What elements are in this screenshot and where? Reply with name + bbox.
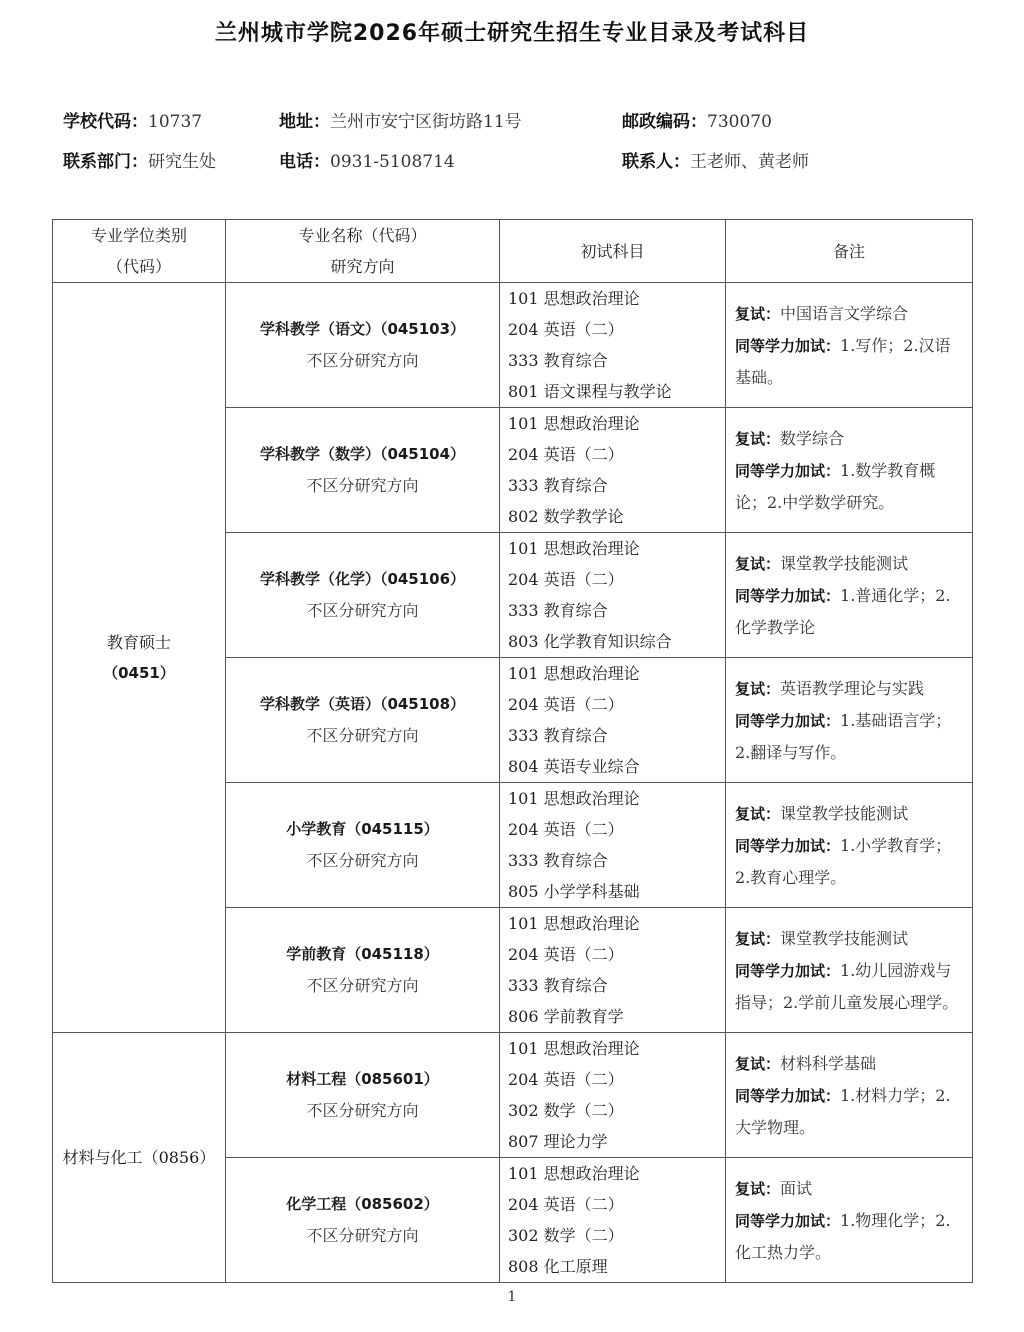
postal-code-label: 邮政编码： (622, 112, 707, 132)
research-direction: 不区分研究方向 (226, 1220, 499, 1251)
major-name: 化学工程（085602） (226, 1189, 499, 1220)
exam-subject: 804 英语专业综合 (508, 751, 725, 782)
exam-subject: 101 思想政治理论 (508, 1033, 725, 1064)
page-number: 1 (0, 1289, 1024, 1305)
catalog-table: 专业学位类别 （代码） 专业名称（代码） 研究方向 初试科目 备注 教育硕士（0… (52, 219, 973, 1283)
contact: 联系人：王老师、黄老师 (622, 147, 809, 172)
retest-note: 复试：面试 (735, 1173, 964, 1205)
notes-cell: 复试：课堂教学技能测试同等学力加试：1.普通化学；2.化学教学论 (726, 533, 973, 658)
retest-note: 复试：课堂教学技能测试 (735, 798, 964, 830)
major-cell: 学前教育（045118）不区分研究方向 (226, 908, 500, 1033)
header-subjects: 初试科目 (500, 220, 726, 283)
document-title: 兰州城市学院2026年硕士研究生招生专业目录及考试科目 (0, 16, 1024, 47)
equivalent-exam-label: 同等学力加试： (735, 1087, 840, 1105)
exam-subject: 204 英语（二） (508, 1064, 725, 1095)
exam-subject: 101 思想政治理论 (508, 283, 725, 314)
subjects-cell: 101 思想政治理论204 英语（二）333 教育综合803 化学教育知识综合 (500, 533, 726, 658)
research-direction: 不区分研究方向 (226, 845, 499, 876)
exam-subject: 101 思想政治理论 (508, 1158, 725, 1189)
exam-subject: 204 英语（二） (508, 939, 725, 970)
major-cell: 学科教学（化学）（045106）不区分研究方向 (226, 533, 500, 658)
header-major-line1: 专业名称（代码） (226, 220, 499, 251)
research-direction: 不区分研究方向 (226, 970, 499, 1001)
postal-code: 邮政编码：730070 (622, 107, 772, 132)
equivalent-exam-note: 同等学力加试：1.物理化学；2.化工热力学。 (735, 1205, 964, 1268)
catalog-body: 教育硕士（0451）学科教学（语文）（045103）不区分研究方向101 思想政… (53, 283, 973, 1283)
category-cell: 教育硕士（0451） (53, 283, 226, 1033)
exam-subject: 333 教育综合 (508, 845, 725, 876)
exam-subject: 101 思想政治理论 (508, 908, 725, 939)
equivalent-exam-label: 同等学力加试： (735, 462, 840, 480)
equivalent-exam-note: 同等学力加试：1.数学教育概论；2.中学数学研究。 (735, 455, 964, 518)
retest-value: 英语教学理论与实践 (780, 679, 924, 698)
retest-label: 复试： (735, 430, 780, 448)
exam-subject: 806 学前教育学 (508, 1001, 725, 1032)
exam-subject: 204 英语（二） (508, 564, 725, 595)
subjects-cell: 101 思想政治理论204 英语（二）333 教育综合805 小学学科基础 (500, 783, 726, 908)
header-category-line1: 专业学位类别 (53, 220, 225, 251)
exam-subject: 333 教育综合 (508, 720, 725, 751)
category-name: 材料与化工（0856） (53, 1142, 225, 1173)
table-row: 教育硕士（0451）学科教学（语文）（045103）不区分研究方向101 思想政… (53, 283, 973, 408)
retest-label: 复试： (735, 1180, 780, 1198)
exam-subject: 333 教育综合 (508, 970, 725, 1001)
exam-subject: 802 数学教学论 (508, 501, 725, 532)
retest-value: 数学综合 (780, 429, 844, 448)
school-code-value: 10737 (148, 112, 202, 132)
department-label: 联系部门： (63, 152, 148, 172)
major-name: 材料工程（085601） (226, 1064, 499, 1095)
exam-subject: 101 思想政治理论 (508, 658, 725, 689)
equivalent-exam-note: 同等学力加试：1.普通化学；2.化学教学论 (735, 580, 964, 643)
exam-subject: 333 教育综合 (508, 470, 725, 501)
exam-subject: 204 英语（二） (508, 314, 725, 345)
research-direction: 不区分研究方向 (226, 470, 499, 501)
address-value: 兰州市安宁区街坊路11号 (330, 112, 522, 132)
exam-subject: 101 思想政治理论 (508, 408, 725, 439)
contact-label: 联系人： (622, 152, 690, 172)
phone: 电话：0931-5108714 (279, 147, 455, 172)
retest-note: 复试：课堂教学技能测试 (735, 923, 964, 955)
equivalent-exam-label: 同等学力加试： (735, 962, 840, 980)
postal-code-value: 730070 (707, 112, 772, 132)
notes-cell: 复试：面试同等学力加试：1.物理化学；2.化工热力学。 (726, 1158, 973, 1283)
equivalent-exam-label: 同等学力加试： (735, 712, 840, 730)
contact-value: 王老师、黄老师 (690, 152, 809, 172)
notes-cell: 复试：课堂教学技能测试同等学力加试：1.幼儿园游戏与指导；2.学前儿童发展心理学… (726, 908, 973, 1033)
retest-label: 复试： (735, 1055, 780, 1073)
major-name: 学前教育（045118） (226, 939, 499, 970)
retest-label: 复试： (735, 305, 780, 323)
retest-value: 课堂教学技能测试 (780, 929, 908, 948)
exam-subject: 302 数学（二） (508, 1220, 725, 1251)
retest-note: 复试：中国语言文学综合 (735, 298, 964, 330)
retest-note: 复试：英语教学理论与实践 (735, 673, 964, 705)
major-name: 学科教学（化学）（045106） (226, 564, 499, 595)
major-cell: 学科教学（语文）（045103）不区分研究方向 (226, 283, 500, 408)
exam-subject: 805 小学学科基础 (508, 876, 725, 907)
exam-subject: 204 英语（二） (508, 814, 725, 845)
exam-subject: 801 语文课程与教学论 (508, 376, 725, 407)
major-name: 小学教育（045115） (226, 814, 499, 845)
major-cell: 材料工程（085601）不区分研究方向 (226, 1033, 500, 1158)
notes-cell: 复试：材料科学基础同等学力加试：1.材料力学；2.大学物理。 (726, 1033, 973, 1158)
phone-value: 0931-5108714 (330, 152, 455, 172)
info-row-1: 学校代码：10737 地址：兰州市安宁区街坊路11号 邮政编码：730070 (0, 107, 1024, 133)
exam-subject: 204 英语（二） (508, 439, 725, 470)
department: 联系部门：研究生处 (63, 147, 216, 172)
school-code-label: 学校代码： (63, 112, 148, 132)
subjects-cell: 101 思想政治理论204 英语（二）333 教育综合804 英语专业综合 (500, 658, 726, 783)
retest-value: 课堂教学技能测试 (780, 804, 908, 823)
retest-label: 复试： (735, 805, 780, 823)
header-category: 专业学位类别 （代码） (53, 220, 226, 283)
major-name: 学科教学（英语）（045108） (226, 689, 499, 720)
header-major: 专业名称（代码） 研究方向 (226, 220, 500, 283)
department-value: 研究生处 (148, 152, 216, 172)
equivalent-exam-note: 同等学力加试：1.写作；2.汉语基础。 (735, 330, 964, 393)
equivalent-exam-label: 同等学力加试： (735, 1212, 840, 1230)
research-direction: 不区分研究方向 (226, 720, 499, 751)
retest-value: 材料科学基础 (780, 1054, 876, 1073)
major-cell: 化学工程（085602）不区分研究方向 (226, 1158, 500, 1283)
exam-subject: 101 思想政治理论 (508, 783, 725, 814)
retest-note: 复试：材料科学基础 (735, 1048, 964, 1080)
address: 地址：兰州市安宁区街坊路11号 (279, 107, 522, 132)
notes-cell: 复试：中国语言文学综合同等学力加试：1.写作；2.汉语基础。 (726, 283, 973, 408)
major-name: 学科教学（语文）（045103） (226, 314, 499, 345)
exam-subject: 333 教育综合 (508, 595, 725, 626)
address-label: 地址： (279, 112, 330, 132)
retest-value: 面试 (780, 1179, 812, 1198)
school-code: 学校代码：10737 (63, 107, 202, 132)
notes-cell: 复试：英语教学理论与实践同等学力加试：1.基础语言学；2.翻译与写作。 (726, 658, 973, 783)
equivalent-exam-note: 同等学力加试：1.幼儿园游戏与指导；2.学前儿童发展心理学。 (735, 955, 964, 1018)
exam-subject: 803 化学教育知识综合 (508, 626, 725, 657)
exam-subject: 204 英语（二） (508, 1189, 725, 1220)
retest-value: 中国语言文学综合 (780, 304, 908, 323)
header-notes: 备注 (726, 220, 973, 283)
major-cell: 小学教育（045115）不区分研究方向 (226, 783, 500, 908)
header-major-line2: 研究方向 (226, 251, 499, 282)
major-name: 学科教学（数学）（045104） (226, 439, 499, 470)
exam-subject: 302 数学（二） (508, 1095, 725, 1126)
info-row-2: 联系部门：研究生处 电话：0931-5108714 联系人：王老师、黄老师 (0, 147, 1024, 173)
phone-label: 电话： (279, 152, 330, 172)
exam-subject: 808 化工原理 (508, 1251, 725, 1282)
subjects-cell: 101 思想政治理论204 英语（二）333 教育综合802 数学教学论 (500, 408, 726, 533)
table-header-row: 专业学位类别 （代码） 专业名称（代码） 研究方向 初试科目 备注 (53, 220, 973, 283)
header-category-line2: （代码） (53, 251, 225, 282)
equivalent-exam-label: 同等学力加试： (735, 587, 840, 605)
equivalent-exam-label: 同等学力加试： (735, 837, 840, 855)
category-name: 教育硕士 (53, 627, 225, 658)
exam-subject: 333 教育综合 (508, 345, 725, 376)
category-code: （0451） (53, 658, 225, 689)
retest-note: 复试：数学综合 (735, 423, 964, 455)
notes-cell: 复试：数学综合同等学力加试：1.数学教育概论；2.中学数学研究。 (726, 408, 973, 533)
major-cell: 学科教学（数学）（045104）不区分研究方向 (226, 408, 500, 533)
retest-note: 复试：课堂教学技能测试 (735, 548, 964, 580)
equivalent-exam-label: 同等学力加试： (735, 337, 840, 355)
research-direction: 不区分研究方向 (226, 345, 499, 376)
subjects-cell: 101 思想政治理论204 英语（二）333 教育综合801 语文课程与教学论 (500, 283, 726, 408)
equivalent-exam-note: 同等学力加试：1.材料力学；2.大学物理。 (735, 1080, 964, 1143)
table-row: 材料与化工（0856）材料工程（085601）不区分研究方向101 思想政治理论… (53, 1033, 973, 1158)
equivalent-exam-note: 同等学力加试：1.基础语言学；2.翻译与写作。 (735, 705, 964, 768)
research-direction: 不区分研究方向 (226, 1095, 499, 1126)
notes-cell: 复试：课堂教学技能测试同等学力加试：1.小学教育学；2.教育心理学。 (726, 783, 973, 908)
subjects-cell: 101 思想政治理论204 英语（二）302 数学（二）808 化工原理 (500, 1158, 726, 1283)
retest-label: 复试： (735, 555, 780, 573)
category-cell: 材料与化工（0856） (53, 1033, 226, 1283)
retest-label: 复试： (735, 930, 780, 948)
retest-value: 课堂教学技能测试 (780, 554, 908, 573)
subjects-cell: 101 思想政治理论204 英语（二）333 教育综合806 学前教育学 (500, 908, 726, 1033)
equivalent-exam-note: 同等学力加试：1.小学教育学；2.教育心理学。 (735, 830, 964, 893)
subjects-cell: 101 思想政治理论204 英语（二）302 数学（二）807 理论力学 (500, 1033, 726, 1158)
exam-subject: 807 理论力学 (508, 1126, 725, 1157)
research-direction: 不区分研究方向 (226, 595, 499, 626)
exam-subject: 204 英语（二） (508, 689, 725, 720)
exam-subject: 101 思想政治理论 (508, 533, 725, 564)
retest-label: 复试： (735, 680, 780, 698)
major-cell: 学科教学（英语）（045108）不区分研究方向 (226, 658, 500, 783)
